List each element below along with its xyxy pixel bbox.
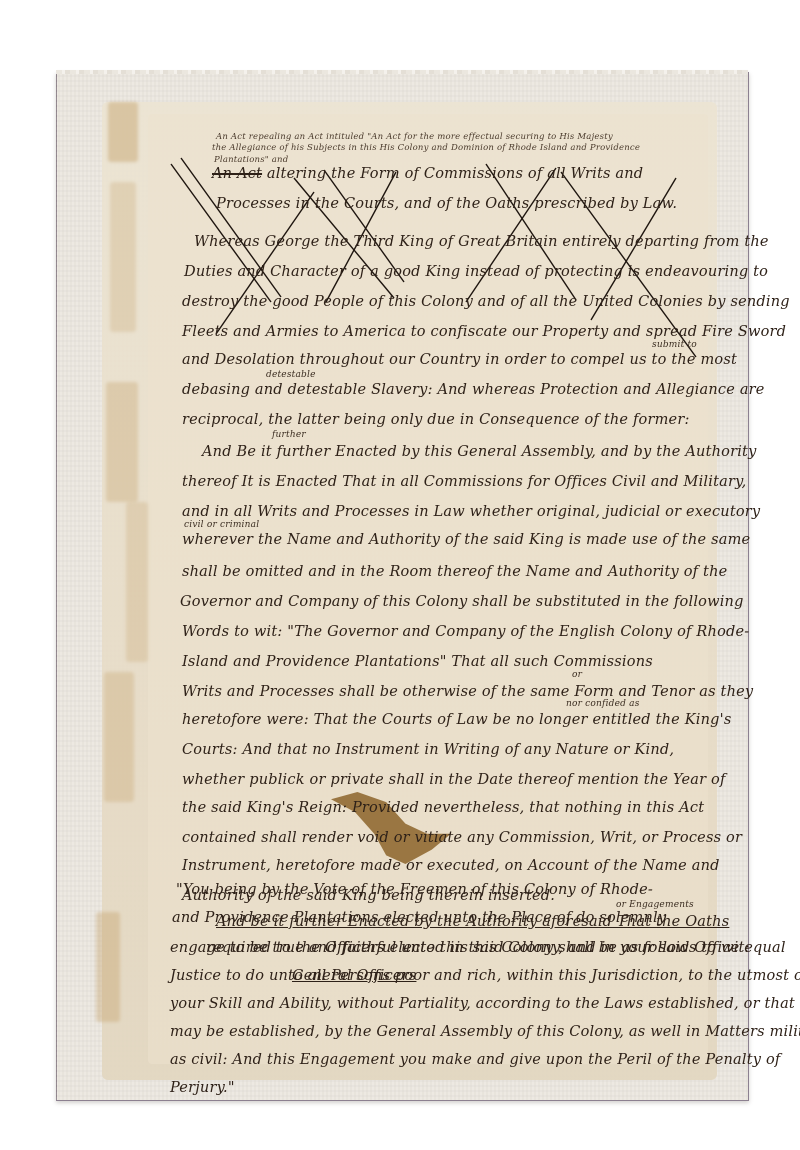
- insertion: detestable: [266, 370, 316, 380]
- enacting-line: and in all Writs and Processes in Law wh…: [182, 504, 760, 520]
- enacting-line: Courts: And that no Instrument in Writin…: [182, 742, 674, 758]
- preamble-line: Fleets and Armies to America to confisca…: [182, 324, 786, 340]
- preamble-line: Duties and Character of a good King inst…: [184, 264, 768, 280]
- oath-line: "You being by the Vote of the Freemen of…: [176, 882, 653, 898]
- deckled-edge: [56, 70, 748, 74]
- insertion: or: [572, 670, 582, 680]
- oath-line: Perjury.": [170, 1080, 235, 1096]
- enacting-line: Governor and Company of this Colony shal…: [180, 594, 744, 610]
- oath-line: and Providence Plantations elected unto …: [172, 910, 666, 926]
- oath-line: may be established, by the General Assem…: [170, 1024, 800, 1040]
- enacting-line: Words to wit: "The Governor and Company …: [182, 624, 749, 640]
- oath-line: Justice to do unto all Persons poor and …: [170, 968, 800, 984]
- margin-stain: [96, 912, 120, 1022]
- insertion: or Engagements: [616, 900, 694, 910]
- margin-stain: [104, 672, 134, 802]
- preamble-line: debasing and detestable Slavery: And whe…: [182, 382, 765, 398]
- title-line: altering the Form of Commissions of all …: [267, 166, 643, 182]
- title-line: Processes in the Courts, and of the Oath…: [216, 196, 677, 212]
- preamble-line: Whereas George the Third King of Great B…: [194, 234, 769, 250]
- margin-stain: [106, 382, 138, 502]
- enacting-line: heretofore were: That the Courts of Law …: [182, 712, 731, 728]
- preamble-line: reciprocal, the latter being only due in…: [182, 412, 690, 428]
- margin-stain: [108, 102, 138, 162]
- oath-line: your Skill and Ability, without Partiali…: [170, 996, 795, 1012]
- title-line: the Allegiance of his Subjects in this H…: [212, 143, 640, 153]
- enacting-line: And Be it further Enacted by this Genera…: [202, 444, 756, 460]
- struck-text: An Act: [212, 166, 262, 182]
- oath-line: as civil: And this Engagement you make a…: [170, 1052, 780, 1068]
- enacting-line: Instrument, heretofore made or executed,…: [182, 858, 720, 874]
- enacting-line: Island and Providence Plantations" That …: [182, 654, 653, 670]
- enacting-line: the said King's Reign: Provided neverthe…: [182, 800, 704, 816]
- insertion: Plantations" and: [214, 155, 288, 165]
- insertion: further: [272, 430, 306, 440]
- enacting-line: contained shall render void or vitiate a…: [182, 830, 742, 846]
- insertion: submit to: [652, 340, 697, 350]
- insertion: civil or criminal: [184, 520, 259, 530]
- preamble-line: destroy the good People of this Colony a…: [182, 294, 790, 310]
- oath-line: engage to be true and faithful unto this…: [170, 940, 786, 956]
- preamble-line: and Desolation throughout our Country in…: [182, 352, 737, 368]
- margin-stain: [110, 182, 136, 332]
- margin-stain: [126, 502, 148, 662]
- insertion: nor confided as: [566, 699, 640, 709]
- enacting-line: whether publick or private shall in the …: [182, 772, 726, 788]
- title-line: An Act repealing an Act intituled "An Ac…: [216, 132, 613, 142]
- enacting-line: thereof It is Enacted That in all Commis…: [182, 474, 746, 490]
- enacting-line: wherever the Name and Authority of the s…: [182, 532, 750, 548]
- enacting-line: Writs and Processes shall be otherwise o…: [182, 684, 753, 700]
- enacting-line: shall be omitted and in the Room thereof…: [182, 564, 727, 580]
